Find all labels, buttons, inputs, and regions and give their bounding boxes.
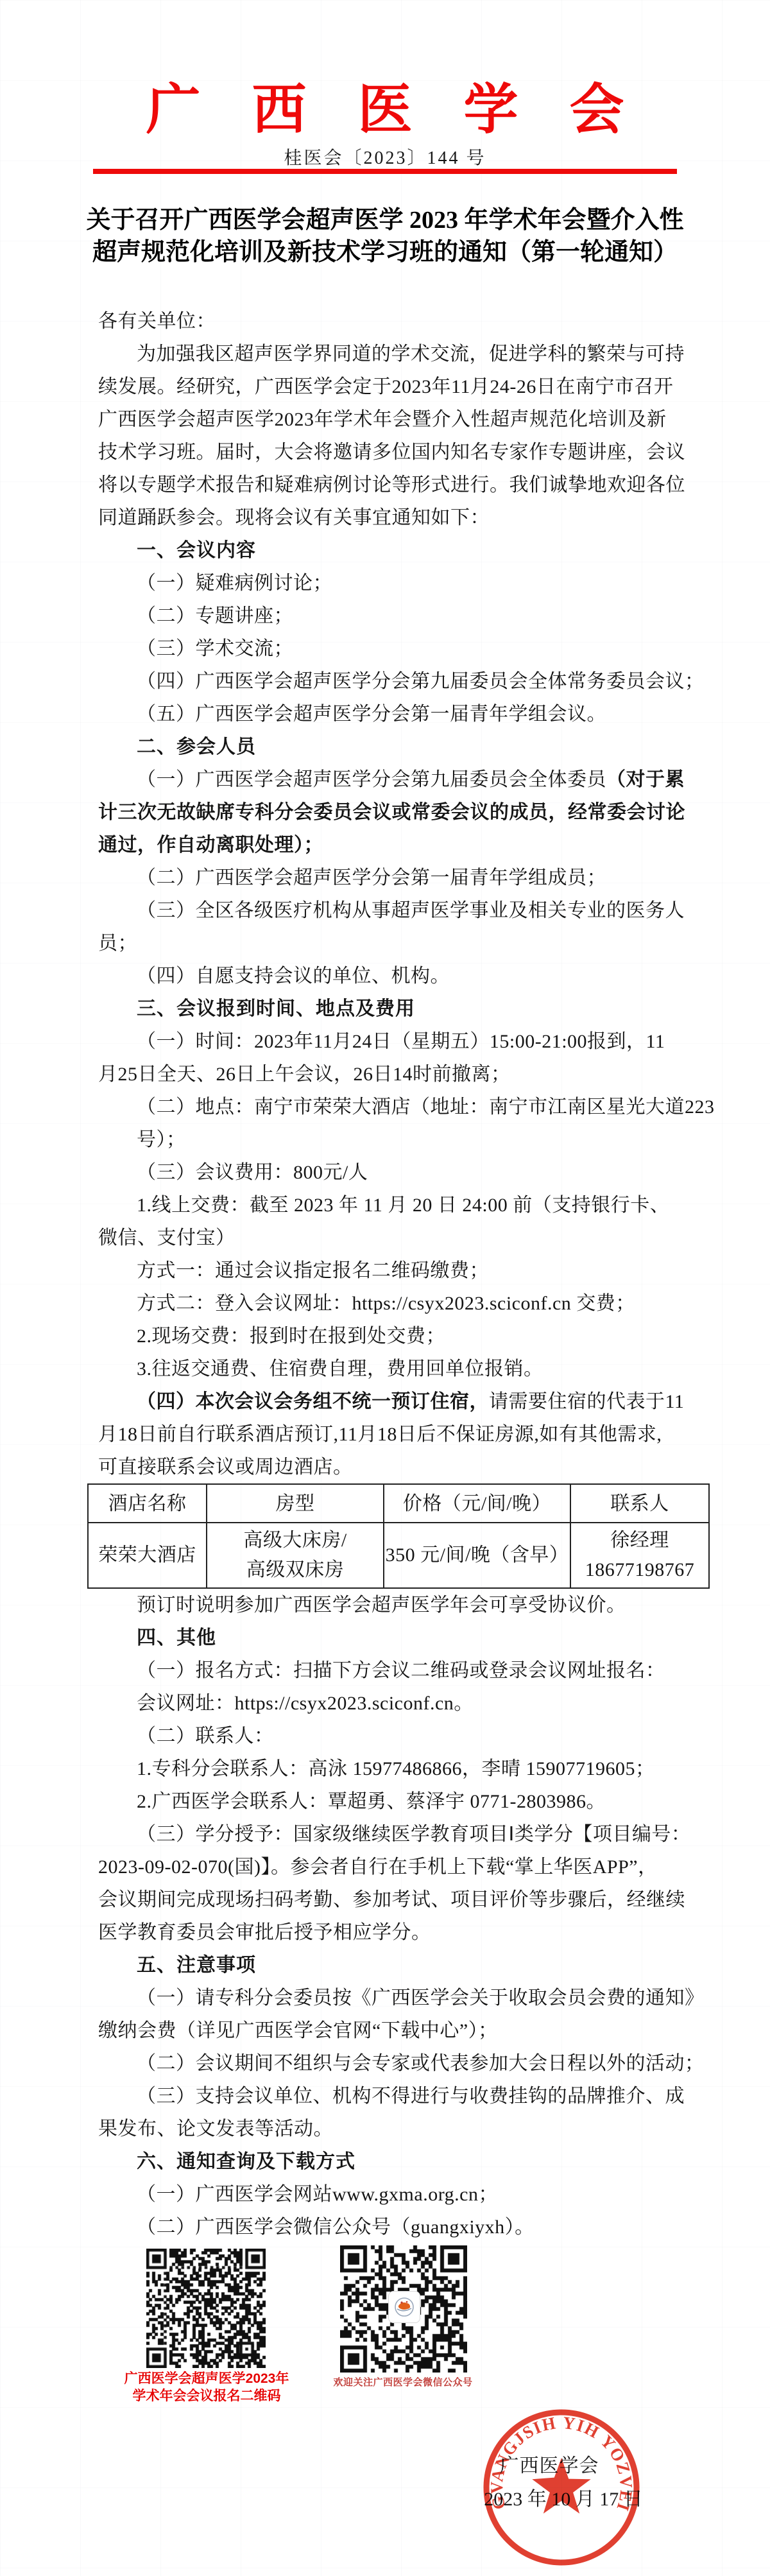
cell-room-type: 高级大床房/ 高级双床房: [207, 1523, 384, 1588]
body-line: 广西医学会超声医学2023年学术年会暨介入性超声规范化培训及新: [98, 403, 696, 436]
hotel-table-row: 荣荣大酒店 高级大床房/ 高级双床房 350 元/间/晚（含早） 徐经理 186…: [88, 1523, 709, 1588]
body-line: （三）支持会议单位、机构不得进行与收费挂钩的品牌推介、成: [98, 2080, 696, 2113]
body-line: 各有关单位：: [98, 305, 696, 338]
body-line: （三）学分授予：国家级继续医学教育项目Ⅰ类学分【项目编号：: [98, 1818, 696, 1851]
body-line: 会议期间完成现场扫码考勤、参加考试、项目评价等步骤后，经继续: [98, 1883, 696, 1916]
body-line: （四）自愿支持会议的单位、机构。: [98, 960, 696, 992]
col-header-room-type: 房型: [207, 1484, 384, 1523]
body-line: 月25日全天、26日上午会议，26日14时前撤离；: [98, 1058, 696, 1091]
body-line: 同道踊跃参会。现将会议有关事宜通知如下：: [98, 501, 696, 534]
body-line: （三）会议费用：800元/人: [98, 1156, 696, 1189]
body-line: （三）学术交流；: [98, 632, 696, 665]
wechat-qr-caption: 欢迎关注广西医学会微信公众号: [307, 2375, 499, 2389]
seal-star-icon: [532, 2458, 590, 2514]
body-line: 会议网址：https://csyx2023.sciconf.cn。: [98, 1687, 696, 1720]
section-heading: 一、会议内容: [98, 534, 696, 567]
body-line: 月18日前自行联系酒店预订,11月18日后不保证房源,如有其他需求,: [98, 1418, 696, 1451]
hotel-table: 酒店名称 房型 价格（元/间/晚） 联系人 荣荣大酒店 高级大床房/ 高级双床房…: [87, 1483, 710, 1589]
col-header-contact: 联系人: [570, 1484, 709, 1523]
body-line: 方式二：登入会议网址：https://csyx2023.sciconf.cn 交…: [98, 1287, 696, 1320]
registration-qr-code: [146, 2249, 266, 2368]
room-type-line-1: 高级大床房/: [207, 1526, 383, 1555]
body-line: 缴纳会费（详见广西医学会官网“下载中心”）；: [98, 2014, 696, 2047]
doc-title-line-1: 关于召开广西医学会超声医学 2023 年学术年会暨介入性: [0, 204, 770, 236]
body-line: 技术学习班。届时，大会将邀请多位国内知名专家作专题讲座，会议: [98, 436, 696, 469]
body-line: 果发布、论文发表等活动。: [98, 2113, 696, 2145]
body-line: 号）；: [98, 1123, 696, 1156]
body-line: （二）会议期间不组织与会专家或代表参加大会日程以外的活动；: [98, 2047, 696, 2080]
body-section-before-table: 各有关单位：为加强我区超声医学界同道的学术交流，促进学科的繁荣与可持续发展。经研…: [98, 305, 696, 1483]
body-line: （一）广西医学会超声医学分会第九届委员会全体委员（对于累: [98, 763, 696, 796]
doc-title: 关于召开广西医学会超声医学 2023 年学术年会暨介入性 超声规范化培训及新技术…: [0, 204, 770, 268]
contact-phone: 18677198767: [571, 1555, 708, 1585]
body-line: 医学教育委员会审批后授予相应学分。: [98, 1916, 696, 1949]
body-line: 通过，作自动离职处理）；: [98, 829, 696, 861]
body-line: （二）地点：南宁市荣荣大酒店（地址：南宁市江南区星光大道223: [98, 1091, 696, 1123]
body-line: 员；: [98, 927, 696, 960]
doc-title-line-2: 超声规范化培训及新技术学习班的通知（第一轮通知）: [0, 236, 770, 268]
body-line: 2.广西医学会联系人：覃超勇、蔡泽宇 0771-2803986。: [98, 1785, 696, 1818]
registration-qr-image: [146, 2249, 266, 2368]
body-line: （二）广西医学会超声医学分会第一届青年学组成员；: [98, 861, 696, 894]
registration-qr-caption-line-2: 学术年会会议报名二维码: [78, 2387, 335, 2405]
cell-price: 350 元/间/晚（含早）: [384, 1523, 570, 1588]
col-header-hotel-name: 酒店名称: [88, 1484, 207, 1523]
wechat-qr-code: [340, 2245, 467, 2373]
body-line: （一）广西医学会网站www.gxma.org.cn；: [98, 2178, 696, 2211]
registration-qr-caption-line-1: 广西医学会超声医学2023年: [78, 2370, 335, 2387]
body-line: （一）疑难病例讨论；: [98, 567, 696, 600]
cell-hotel-name: 荣荣大酒店: [88, 1523, 207, 1588]
body-line: 将以专题学术报告和疑难病例讨论等形式进行。我们诚挚地欢迎各位: [98, 469, 696, 501]
body-line: 1.线上交费：截至 2023 年 11 月 20 日 24:00 前（支持银行卡…: [98, 1189, 696, 1222]
body-line: （四）本次会议会务组不统一预订住宿，请需要住宿的代表于11: [98, 1385, 696, 1418]
body-line: （一）时间：2023年11月24日（星期五）15:00-21:00报到，11: [98, 1025, 696, 1058]
room-type-line-2: 高级双床房: [207, 1555, 383, 1585]
body-line: 2.现场交费：报到时在报到处交费；: [98, 1320, 696, 1353]
body-line: （二）专题讲座；: [98, 600, 696, 632]
section-heading: 五、注意事项: [98, 1949, 696, 1982]
cell-contact: 徐经理 18677198767: [570, 1523, 709, 1588]
body-line: （一）报名方式：扫描下方会议二维码或登录会议网址报名：: [98, 1654, 696, 1687]
body-line: 可直接联系会议或周边酒店。: [98, 1451, 696, 1483]
body-line: 1.专科分会联系人：高泳 15977486866，李晴 15907719605；: [98, 1752, 696, 1785]
hotel-table-header-row: 酒店名称 房型 价格（元/间/晚） 联系人: [88, 1484, 709, 1523]
registration-qr-caption: 广西医学会超声医学2023年 学术年会会议报名二维码: [78, 2370, 335, 2405]
section-heading: 四、其他: [98, 1621, 696, 1654]
org-header-title: 广西医学会: [0, 82, 770, 139]
col-header-price: 价格（元/间/晚）: [384, 1484, 570, 1523]
notice-document-page: 广西医学会 桂医会〔2023〕144 号 关于召开广西医学会超声医学 2023 …: [0, 0, 770, 2576]
section-heading: 三、会议报到时间、地点及费用: [98, 992, 696, 1025]
body-line: 为加强我区超声医学界同道的学术交流，促进学科的繁荣与可持: [98, 338, 696, 370]
wechat-qr-center-logo: [388, 2291, 420, 2323]
body-line: 方式一：通过会议指定报名二维码缴费；: [98, 1254, 696, 1287]
body-line: （三）全区各级医疗机构从事超声医学事业及相关专业的医务人: [98, 894, 696, 927]
body-line: 计三次无故缺席专科分会委员会议或常委会议的成员，经常委会讨论: [98, 796, 696, 829]
body-line: （二）广西医学会微信公众号（guangxiyxh）。: [98, 2211, 696, 2243]
section-heading: 二、参会人员: [98, 730, 696, 763]
body-line: 3.往返交通费、住宿费自理，费用回单位报销。: [98, 1353, 696, 1385]
body-line: 微信、支付宝）: [98, 1222, 696, 1254]
red-divider-rule: [93, 169, 677, 174]
body-section-after-table: 预订时说明参加广西医学会超声医学年会可享受协议价。四、其他（一）报名方式：扫描下…: [98, 1589, 696, 2243]
gxma-logo-icon: [391, 2294, 417, 2320]
contact-name: 徐经理: [571, 1526, 708, 1555]
body-line: 2023-09-02-070(国)】。参会者自行在手机上下载“掌上华医APP”，: [98, 1851, 696, 1883]
body-line: （二）联系人：: [98, 1720, 696, 1752]
doc-number: 桂医会〔2023〕144 号: [0, 144, 770, 169]
body-line: 预订时说明参加广西医学会超声医学年会可享受协议价。: [98, 1589, 696, 1621]
section-heading: 六、通知查询及下载方式: [98, 2145, 696, 2178]
body-line: （一）请专科分会委员按《广西医学会关于收取会员会费的通知》: [98, 1982, 696, 2014]
body-line: （四）广西医学会超声医学分会第九届委员会全体常务委员会议；: [98, 665, 696, 698]
body-line: （五）广西医学会超声医学分会第一届青年学组会议。: [98, 698, 696, 730]
official-red-seal: GVANGJSIH YIH YOZVEI 广西医学会: [478, 2404, 645, 2571]
body-line: 续发展。经研究，广西医学会定于2023年11月24-26日在南宁市召开: [98, 370, 696, 403]
notice-body: 各有关单位：为加强我区超声医学界同道的学术交流，促进学科的繁荣与可持续发展。经研…: [98, 305, 696, 2243]
